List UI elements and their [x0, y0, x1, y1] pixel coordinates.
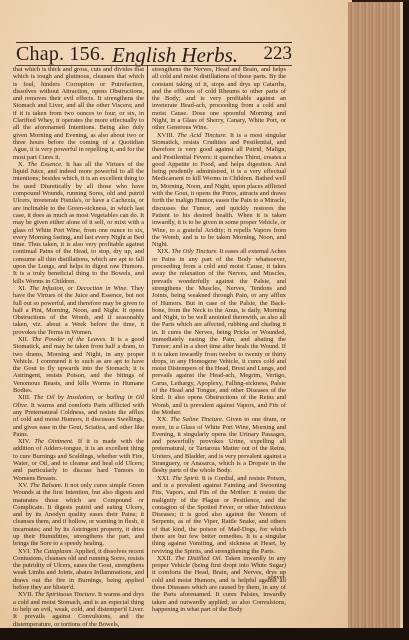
section-paragraph: X. The Essence. It has all the Virtues o…	[13, 161, 144, 285]
section-heading: The Ointment.	[34, 438, 73, 445]
section-heading: The Oily Tincture.	[172, 248, 218, 255]
chapter-label: Chap. 156.	[16, 43, 105, 66]
section-heading: The Saline Tincture.	[170, 416, 223, 423]
bottom-shadow	[0, 628, 409, 640]
section-paragraph: XVIII. The Acid Tincture. It is a most s…	[152, 132, 286, 249]
section-number: XV.	[18, 482, 28, 489]
section-heading: The Cataplasm.	[33, 548, 74, 555]
section-number: XXII.	[157, 555, 172, 562]
continued-paragraph: that which is thick and gross, cuts and …	[13, 66, 144, 161]
catchword: soever	[268, 574, 285, 581]
section-number: XVIII.	[157, 132, 174, 139]
paragraph-text: It is a good Stomatick, and may be taken…	[13, 336, 144, 394]
paragraph-text: They have the Virtues of the Juice and E…	[13, 285, 144, 336]
section-number: X.	[18, 161, 24, 168]
section-heading: The Infusion, or Decoction in Wine.	[29, 285, 128, 292]
paragraph-text: It is Cordial, and resists Poison, and i…	[152, 475, 286, 555]
section-number: XVI.	[18, 548, 31, 555]
paragraph-text: If it is made with the addition of Adder…	[13, 438, 144, 481]
section-paragraph: XIX. The Oily Tincture. It eases all ext…	[152, 248, 286, 416]
section-paragraph: XXII. The Distilled Oil. Taken inwardly …	[152, 555, 286, 613]
section-heading: The Spirit.	[172, 475, 200, 482]
paragraph-text: It is a most singular Stomatick, resists…	[152, 132, 286, 248]
section-heading: The Essence.	[28, 161, 63, 168]
section-number: XII.	[18, 336, 28, 343]
section-paragraph: XVI. The Cataplasm. Applied, it dissolve…	[13, 548, 144, 592]
paragraph-text: It warms and comforts Parts afflicted wi…	[13, 402, 144, 438]
section-paragraph: XIII. The Oil by Insolation, or boiling …	[13, 394, 144, 438]
page-edges	[348, 2, 403, 628]
section-number: XVII.	[18, 591, 33, 598]
section-paragraph: XX. The Saline Tincture. Given to one dr…	[152, 416, 286, 474]
section-paragraph: XIV. The Ointment. If it is made with th…	[13, 438, 144, 482]
left-column: that which is thick and gross, cuts and …	[13, 66, 144, 628]
section-number: XIV.	[18, 438, 30, 445]
paragraph-text: It eases all external Aches or Pains in …	[152, 248, 286, 416]
paragraph-text: Applied, it dissolves recent Contusions,…	[13, 548, 144, 591]
running-header: Chap. 156. English Herbs. 223	[16, 42, 292, 65]
section-number: XIX.	[157, 248, 170, 255]
section-paragraph: XVII. The Spirituous Tincture. It warms …	[13, 591, 144, 627]
section-heading: The Acid Tincture.	[177, 132, 227, 139]
section-paragraph: XXI. The Spirit. It is Cordial, and resi…	[152, 475, 286, 555]
paragraph-text: strengthens the Nerves, Head and Brain, …	[152, 66, 286, 131]
paragraph-text: It has all the Virtues of the liquid Jui…	[13, 161, 144, 285]
section-number: XX.	[157, 416, 168, 423]
section-heading: The Distilled Oil.	[175, 555, 222, 562]
section-number: XI.	[18, 285, 26, 292]
paragraph-text: Taken inwardly in any proper Vehicle (be…	[152, 555, 286, 613]
section-paragraph: XV. The Balsam. It not only cures simple…	[13, 482, 144, 548]
page-number: 223	[264, 43, 293, 65]
paragraph-text: Given to one dram, or more, in a Glass o…	[152, 416, 286, 474]
paragraph-text: that which is thick and gross, cuts and …	[13, 66, 144, 161]
paragraph-text: It not only cures simple Green Wounds at…	[13, 482, 144, 547]
section-paragraph: XII. The Powder of the Leaves. It is a g…	[13, 336, 144, 394]
section-heading: The Spirituous Tincture.	[35, 591, 97, 598]
section-number: XXI.	[157, 475, 170, 482]
section-paragraph: XI. The Infusion, or Decoction in Wine. …	[13, 285, 144, 336]
section-heading: The Powder of the Leaves.	[32, 336, 107, 343]
continued-paragraph: strengthens the Nerves, Head and Brain, …	[152, 66, 286, 132]
column-divider	[147, 66, 148, 578]
right-column: strengthens the Nerves, Head and Brain, …	[152, 66, 286, 613]
book-page: Chap. 156. English Herbs. 223 that which…	[0, 0, 352, 628]
section-number: XIII.	[18, 394, 31, 401]
section-heading: The Balsam.	[30, 482, 62, 489]
